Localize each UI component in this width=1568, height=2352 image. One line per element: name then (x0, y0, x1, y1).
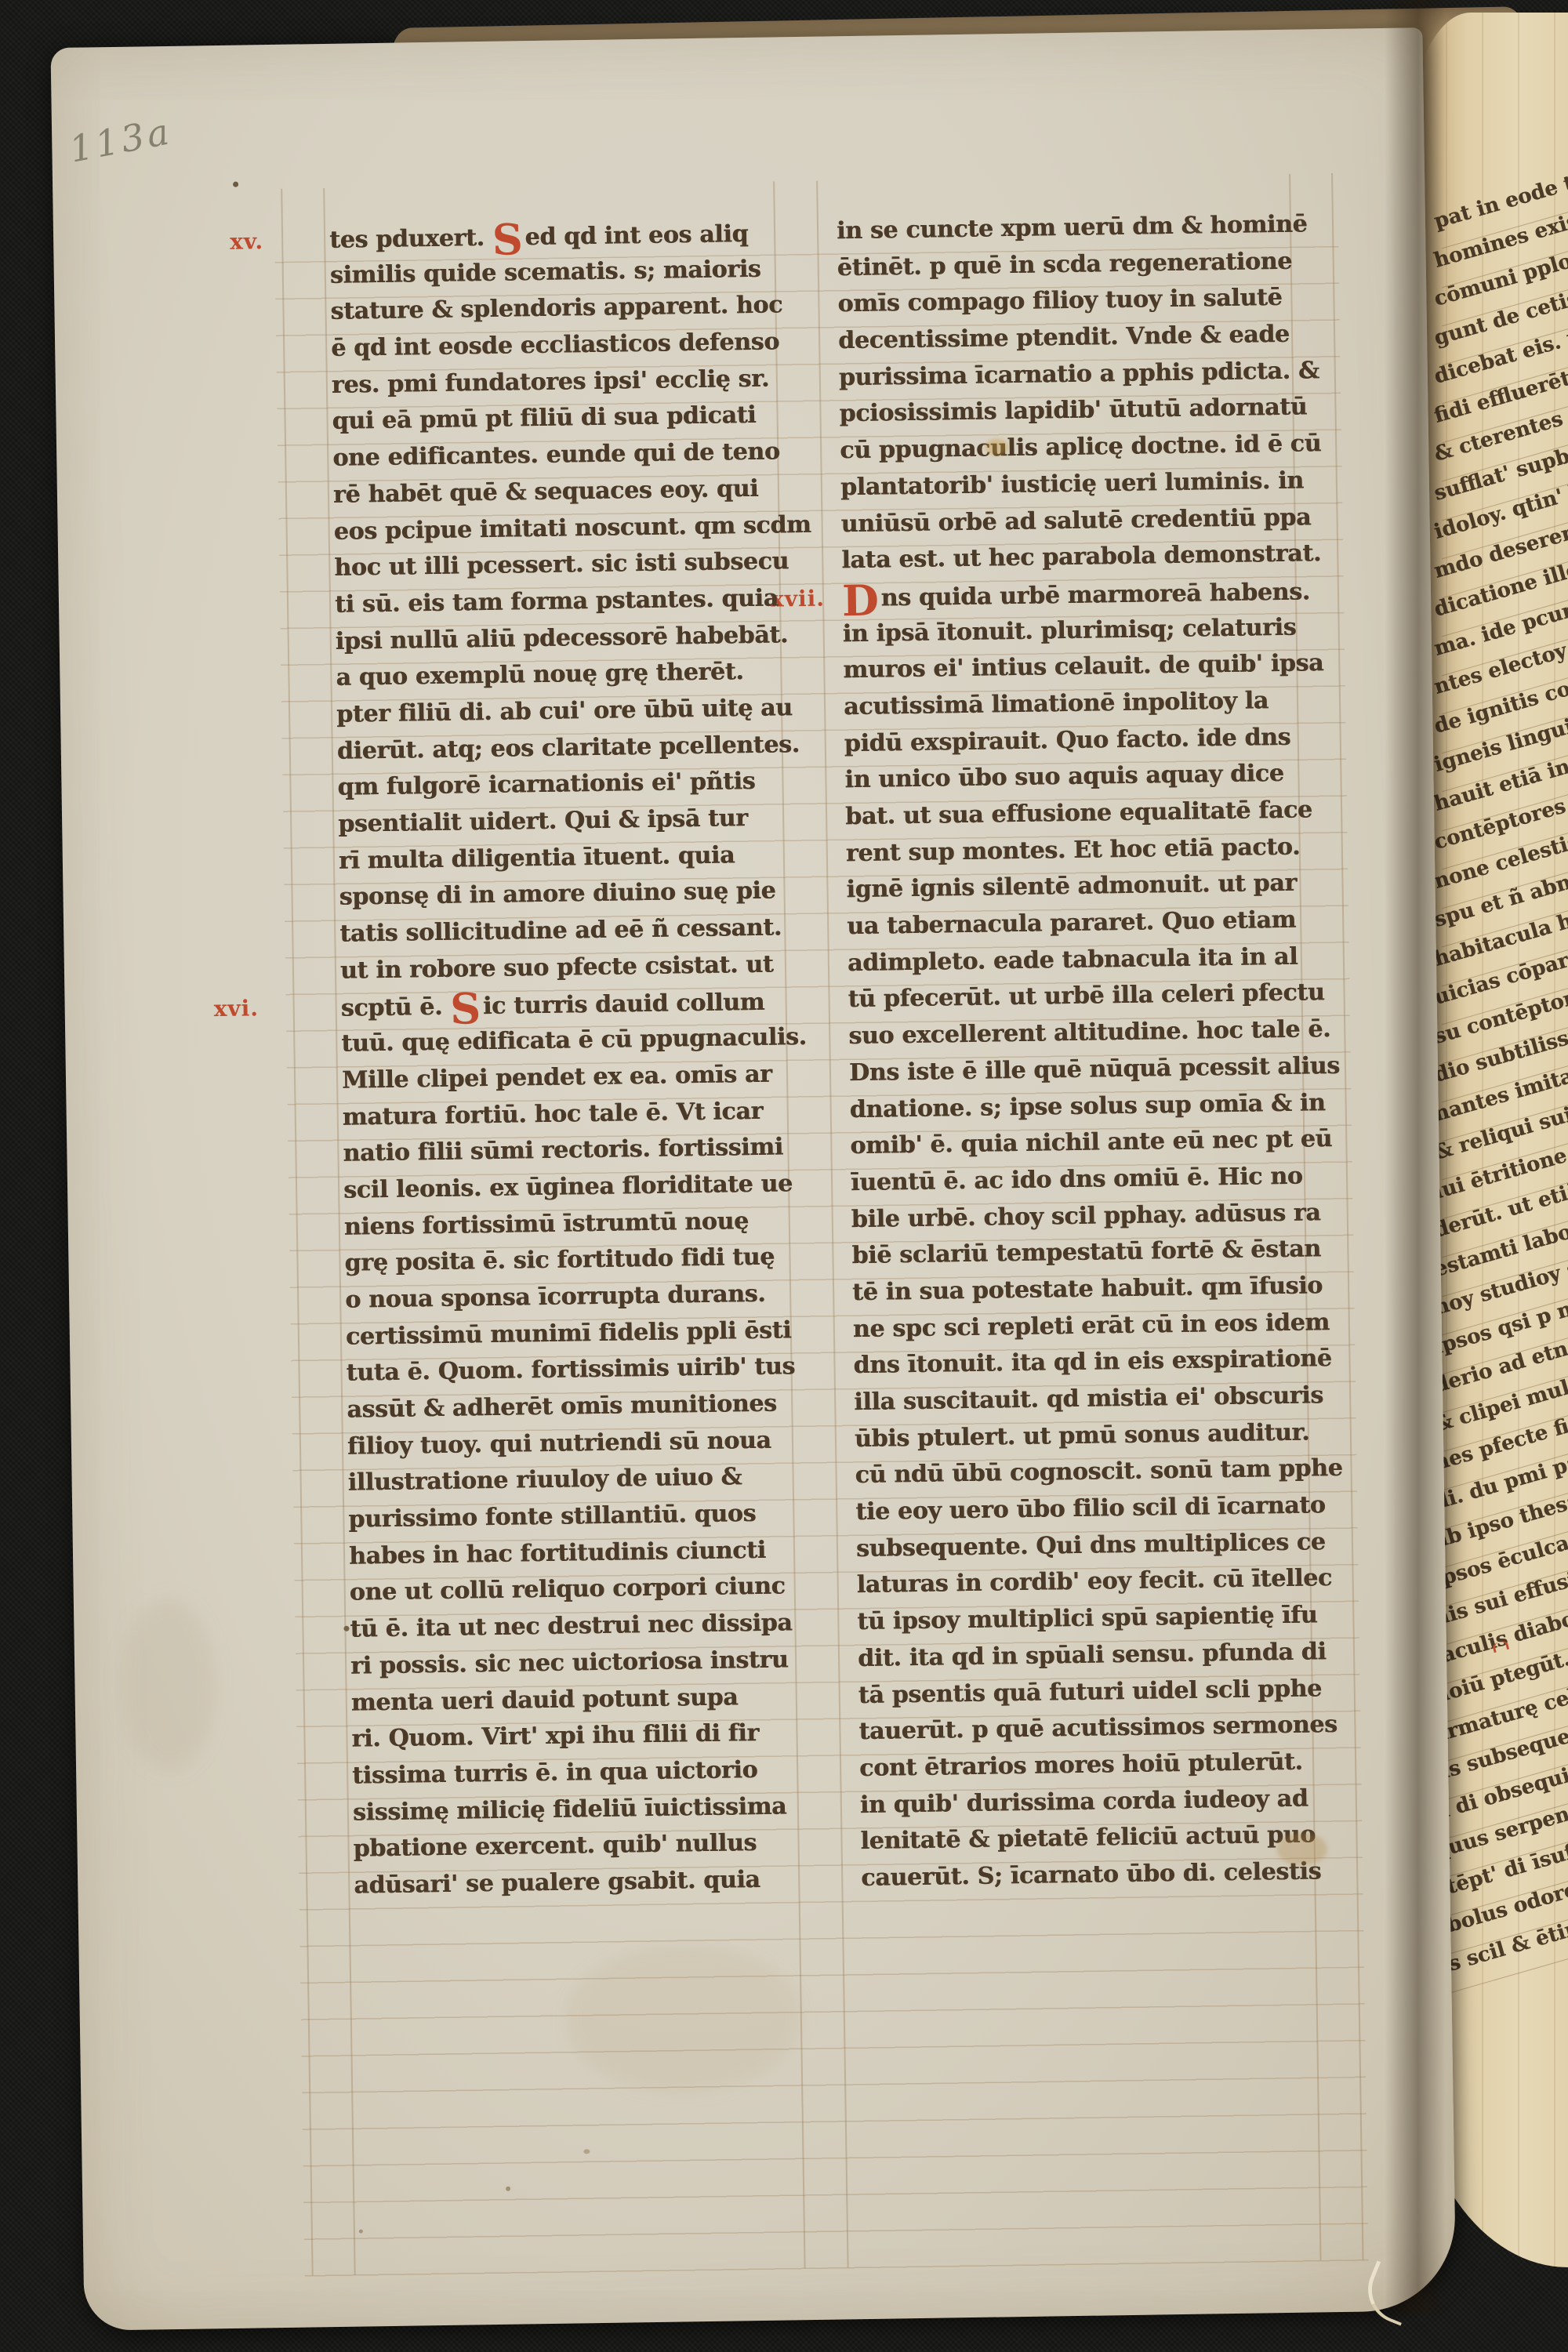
text-line: tuū. quę edificata ē cū ppugnaculis. (341, 1019, 793, 1062)
text-line: Dns iste ē ille quē nūquā pcessit alius (849, 1048, 1312, 1091)
text-line: tū ē. ita ut nec destrui nec dissipa (350, 1605, 801, 1648)
text-line: psentialit uidert. Qui & ipsā tur (338, 800, 789, 843)
text-line: plantatorib' iusticię ueri luminis. in (840, 463, 1304, 506)
text-line: matura fortiū. hoc tale ē. Vt icar (342, 1093, 793, 1136)
text-line: cū ppugnaculis aplicę doctne. id ē cū (840, 426, 1303, 470)
chapter-marginal-xvi: xvi. (213, 995, 259, 1022)
text-line: ri possis. sic nec uictoriosa instru (350, 1642, 802, 1685)
chapter-marginal-xv: xv. (230, 228, 263, 255)
text-line: tē in sua potestate habuit. qm īfusio (852, 1268, 1316, 1311)
stain-spot (233, 182, 238, 187)
stain-spot (343, 1626, 349, 1632)
stain-spot (506, 2187, 510, 2191)
text-line: qm fulgorē icarnationis ei' pñtis (337, 764, 789, 807)
text-line: īuentū ē. ac ido dns omiū ē. Hic no (851, 1158, 1314, 1201)
text-line: o noua sponsa īcorrupta durans. (345, 1276, 797, 1319)
text-line: habes in hac fortitudinis ciuncti (349, 1532, 800, 1575)
right-text-column: in se cuncte xpm uerū dm & hominēētinēt.… (837, 207, 1324, 1897)
text-line: ti sū. eis tam forma pstantes. quia (335, 580, 786, 623)
text-line: ē qd int eosde eccliasticos defenso (331, 324, 782, 367)
text-line: illa suscitauit. qd mistia ei' obscuris (854, 1377, 1317, 1421)
text-line: tatis sollicitudine ad eē ñ cessant. (339, 909, 791, 953)
text-line: decentissime ptendit. Vnde & eade (838, 317, 1301, 360)
text-line: in se cuncte xpm uerū dm & hominē (837, 207, 1300, 250)
next-folio-text-block: pat in eode tahomines existencōmuni pplo… (1438, 210, 1568, 1995)
pencil-folio-number: 113a (66, 110, 175, 171)
text-line: hoc ut illi pcessert. sic isti subsecu (334, 544, 786, 587)
manuscript-page: 113a xv. xvi. xvii. tes pduxert. Sed qd … (50, 27, 1456, 2331)
text-line: cauerūt. S; īcarnato ūbo di. celestis (861, 1853, 1324, 1896)
text-line: certissimū munimī fidelis ppli ēsti (346, 1312, 797, 1356)
text-line: Mille clipei pendet ex ea. omīs ar (342, 1056, 793, 1099)
gutter-shadow (1385, 0, 1446, 2314)
text-line: tes pduxert. Sed qd int eos aliq (329, 214, 781, 257)
text-line: pter filiū di. ab cui' ore ūbū uitę au (336, 690, 788, 733)
text-line: one edificantes. eunde qui de teno (332, 434, 784, 477)
text-line: ua tabernacula pararet. Quo etiam (847, 902, 1310, 946)
text-line: ri. Quom. Virt' xpi ihu filii di fir (351, 1715, 803, 1758)
text-line: rē habēt quē & sequaces eoy. qui (333, 470, 785, 514)
text-line: illustratione riuuloy de uiuo & (347, 1459, 799, 1502)
text-line: tie eoy uero ūbo filio scil di īcarnato (855, 1487, 1319, 1530)
text-line: grę posita ē. sic fortitudo fidi tuę (344, 1239, 796, 1282)
text-line: acutissimā limationē inpolitoy la (844, 682, 1307, 725)
text-line: tuta ē. Quom. fortissimis uirib' tus (346, 1349, 797, 1392)
text-line: one ut collū reliquo corpori ciunc (349, 1569, 800, 1612)
text-line: pbatione exercent. quib' nullus (353, 1824, 804, 1867)
text-line: ipsi nullū aliū pdecessorē habebāt. (335, 617, 786, 660)
left-text-column: tes pduxert. Sed qd int eos aliqsimilis … (329, 214, 805, 1904)
text-line: scil leonis. ex ūginea floriditate ue (343, 1166, 795, 1209)
text-line: Dns quida urbē marmoreā habens. (842, 572, 1305, 615)
text-line: niens fortissimū īstrumtū nouę (344, 1203, 796, 1246)
text-line: dit. ita qd in spūali sensu. pfunda di (858, 1634, 1321, 1677)
stain-spot (359, 2230, 363, 2234)
text-line: cont ētrarios mores hoiū ptulerūt. (859, 1744, 1323, 1787)
text-line: similis quide scematis. s; maioris (330, 251, 782, 294)
text-line: scptū ē. Sic turris dauid collum (340, 983, 792, 1026)
text-line: menta ueri dauid potunt supa (351, 1679, 803, 1722)
text-line: assūt & adherēt omīs munitiones (347, 1385, 798, 1428)
text-line: suo excellerent altitudine. hoc tale ē. (848, 1012, 1312, 1055)
text-line: stature & splendoris apparent. hoc (330, 288, 782, 331)
text-line: purissimo fonte stillantiū. quos (348, 1495, 800, 1538)
text-line: ut in robore suo pfecte csistat. ut (340, 946, 792, 989)
text-line: filioy tuoy. qui nutriendi sū noua (347, 1422, 799, 1465)
stain-patch (121, 1598, 217, 1772)
text-line: eos pcipue imitati noscunt. qm scdm (333, 507, 785, 550)
text-line: a quo exemplū nouę grę therēt. (336, 654, 787, 697)
text-line: sissimę milicię fideliū īuictissima (353, 1788, 804, 1831)
text-line: res. pmi fundatores ipsi' ecclię sr. (332, 361, 783, 404)
text-line: bat. ut sua effusione equalitatē face (845, 792, 1308, 835)
text-line: qui eā pmū pt filiū di sua pdicati (332, 397, 783, 441)
text-line: tū ipsoy multiplici spū sapientię īfu (857, 1597, 1320, 1640)
text-line: sponsę di in amore diuino suę pie (339, 873, 790, 916)
text-line: natio filii sūmi rectoris. fortissimi (343, 1129, 794, 1172)
text-line: adūsari' se pualere gsabit. quia (354, 1861, 805, 1904)
text-line: tissima turris ē. in qua uictorio (352, 1751, 804, 1795)
text-line: dierūt. atq; eos claritate pcellentes. (337, 727, 789, 770)
text-line: rī multa diligentia ītuent. quia (339, 837, 790, 880)
photo-of-manuscript: { "colors": { "parchment": "#d8d2c3", "n… (0, 0, 1568, 2352)
